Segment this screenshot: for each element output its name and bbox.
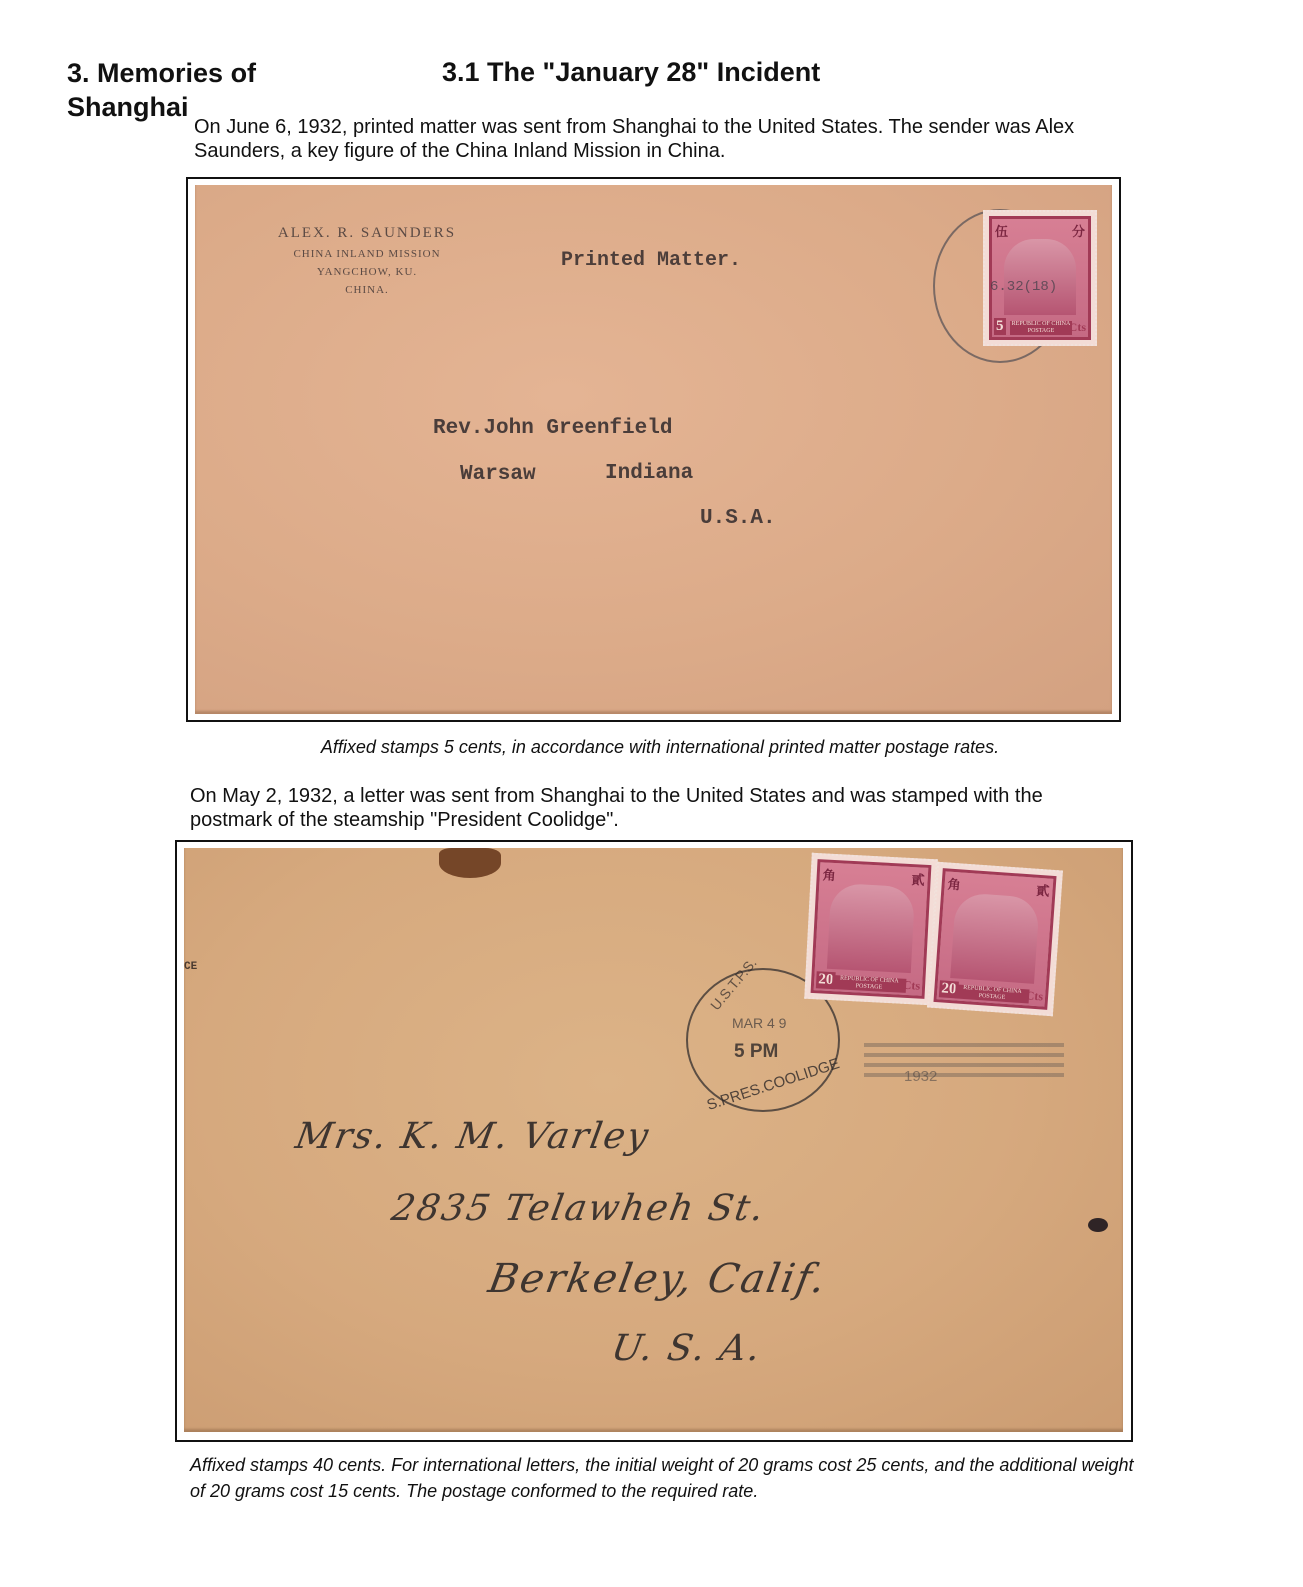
envelope-letter: CE U.S.T.P.S. MAR 4 9 5 PM S.PRES.COOLID… xyxy=(184,848,1123,1432)
postmark-month: MAR 4 9 xyxy=(732,1015,786,1031)
cover-frame-printed-matter: ALEX. R. SAUNDERS CHINA INLAND MISSION Y… xyxy=(186,177,1121,722)
stamp-inscription: REPUBLIC OF CHINA POSTAGE xyxy=(955,984,1030,1003)
handwritten-street: 2835 Telawheh St. xyxy=(388,1188,768,1229)
stamp-char-left: 伍 xyxy=(995,221,1008,240)
stamp-denomination: Cts xyxy=(1069,320,1086,335)
envelope-printed-matter: ALEX. R. SAUNDERS CHINA INLAND MISSION Y… xyxy=(195,185,1112,714)
junk-stamp-design: 伍 分 5 REPUBLIC OF CHINA POSTAGE Cts xyxy=(989,216,1091,340)
stamp-denomination: Cts xyxy=(902,978,920,994)
printed-matter-marking: Printed Matter. xyxy=(561,249,741,272)
stamp-denomination: Cts xyxy=(1025,988,1043,1004)
stamp-20-cents-1: 角 貳 20 REPUBLIC OF CHINA POSTAGE Cts xyxy=(804,853,937,1005)
stamp-char-left: 角 xyxy=(947,874,961,894)
cancel-lines xyxy=(864,1043,1064,1083)
addressee-state: Indiana xyxy=(605,462,693,485)
stamp-char-right: 分 xyxy=(1072,221,1085,240)
ink-dot xyxy=(1088,1218,1108,1232)
item2-intro: On May 2, 1932, a letter was sent from S… xyxy=(190,784,1130,832)
edge-text: CE xyxy=(184,961,197,973)
section-title: 3. Memories of Shanghai xyxy=(67,56,307,124)
addressee-city: Warsaw xyxy=(460,463,536,486)
stamp-value: 5 xyxy=(994,318,1006,335)
sender-name: ALEX. R. SAUNDERS xyxy=(237,225,497,242)
stamp-inscription: REPUBLIC OF CHINA POSTAGE xyxy=(832,975,907,993)
reaper-stamp-design: 角 貳 20 REPUBLIC OF CHINA POSTAGE Cts xyxy=(933,868,1056,1010)
cover-frame-letter: CE U.S.T.P.S. MAR 4 9 5 PM S.PRES.COOLID… xyxy=(175,840,1133,1442)
postmark-time: 5 PM xyxy=(734,1041,778,1063)
stamp-char-right: 貳 xyxy=(1036,880,1050,900)
sender-org: CHINA INLAND MISSION xyxy=(237,245,497,263)
sender-block: ALEX. R. SAUNDERS CHINA INLAND MISSION Y… xyxy=(237,225,497,299)
subsection-title: 3.1 The "January 28" Incident xyxy=(442,55,820,89)
sender-city: YANGCHOW, KU. xyxy=(237,263,497,281)
handwritten-addressee-name: Mrs. K. M. Varley xyxy=(292,1116,653,1157)
sender-country: CHINA. xyxy=(237,281,497,299)
item1-caption: Affixed stamps 5 cents, in accordance wi… xyxy=(190,734,1130,760)
stamp-5-cents: 伍 分 5 REPUBLIC OF CHINA POSTAGE Cts xyxy=(983,210,1097,346)
addressee-name: Rev.John Greenfield xyxy=(433,417,672,440)
stamp-char-right: 貳 xyxy=(911,869,925,889)
addressee-country: U.S.A. xyxy=(700,507,776,530)
reaper-stamp-design: 角 貳 20 REPUBLIC OF CHINA POSTAGE Cts xyxy=(811,859,932,999)
item1-intro: On June 6, 1932, printed matter was sent… xyxy=(194,115,1124,163)
postmark-year: 1932 xyxy=(904,1068,937,1085)
junk-ship-icon xyxy=(1004,239,1076,315)
handwritten-country: U. S. A. xyxy=(608,1328,765,1369)
handwritten-city: Berkeley, Calif. xyxy=(485,1256,831,1302)
stamp-inscription: REPUBLIC OF CHINA POSTAGE xyxy=(1010,321,1072,335)
reaper-icon xyxy=(950,892,1040,984)
stamp-20-cents-2: 角 貳 20 REPUBLIC OF CHINA POSTAGE Cts xyxy=(927,862,1063,1016)
stain-mark xyxy=(439,848,501,878)
postmark-date: 6.32(18) xyxy=(990,279,1057,295)
stamp-char-left: 角 xyxy=(822,864,836,884)
reaper-icon xyxy=(827,883,915,973)
item2-caption: Affixed stamps 40 cents. For internation… xyxy=(190,1452,1140,1504)
